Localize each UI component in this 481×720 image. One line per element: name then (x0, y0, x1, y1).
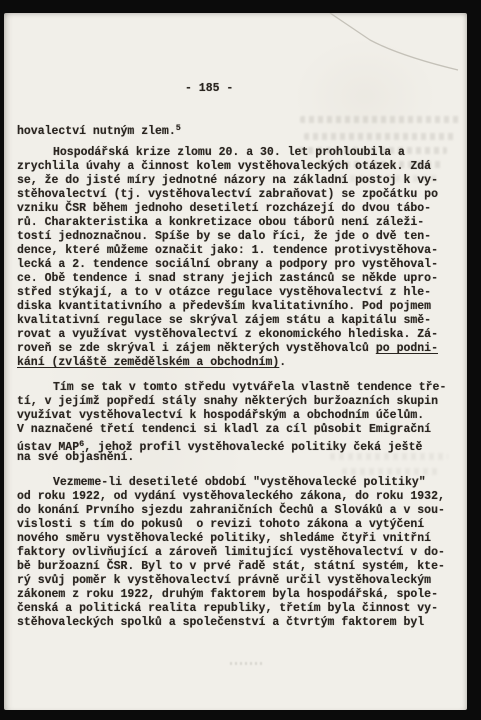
text-line: od roku 1922, od vydání vystěhovaleckého… (17, 490, 453, 504)
scanned-document: - 185 - hovalectví nutným zlem.5Hospodář… (0, 0, 481, 720)
text-line: kvalitativní regulace se skrýval zájem s… (17, 314, 453, 328)
ink-speck (230, 662, 264, 665)
text-line: Vezmeme-li desetileté období "vystěhoval… (17, 476, 453, 490)
document-page: - 185 - hovalectví nutným zlem.5Hospodář… (4, 13, 467, 710)
text-line: rý svůj poměr k vystěhovalectví právně u… (17, 574, 453, 588)
body-text: hovalectví nutným zlem.5Hospodářská kriz… (17, 121, 453, 630)
text-line: faktory ovlivňující a zároveň limitující… (17, 546, 453, 560)
text-line: zrychlila úvahy a činnost kolem vystěhov… (17, 160, 453, 174)
text-line: stěhovalectví (tj. vystěhovalectví zabra… (17, 188, 453, 202)
text-line: stěhovaleckých spolků a společenství a č… (17, 616, 453, 630)
footnote-reference: 5 (176, 123, 181, 133)
page-number: - 185 - (185, 82, 233, 95)
text-line: se, že do jisté míry jednotné názory na … (17, 174, 453, 188)
text-line: kání (zvláště zemědělském a obchodním). (17, 356, 453, 370)
text-line: tostí jednoznačnou. Spíše by se dalo říc… (17, 230, 453, 244)
text-line: Tím se tak v tomto středu vytvářela vlas… (17, 381, 453, 395)
text-line: Hospodářská krize zlomu 20. a 30. let pr… (17, 146, 453, 160)
text-line: rovat a využívat vystěhovalectví z ekono… (17, 328, 453, 342)
text-line: využívat vystěhovalectví k hospodářským … (17, 409, 453, 423)
text-line: zákonem z roku 1922, druhým faktorem byl… (17, 588, 453, 602)
text-line: čenská a politická realita republiky, tř… (17, 602, 453, 616)
text-line: nového směru vystěhovalecké politiky, sh… (17, 532, 453, 546)
text-line: hovalectví nutným zlem.5 (17, 121, 453, 135)
paragraph: Hospodářská krize zlomu 20. a 30. let pr… (17, 146, 453, 370)
text-line: dence, které můžeme označit jako: 1. ten… (17, 244, 453, 258)
text-line: bě buržoazní ČSR. Byl to v prvé řadě stá… (17, 560, 453, 574)
paper-crease-mark (4, 13, 467, 133)
text-line: ce. Obě tendence i snad strany jejich za… (17, 272, 453, 286)
text-line: do konání Prvního sjezdu zahraničních Če… (17, 504, 453, 518)
paragraph: Vezmeme-li desetileté období "vystěhoval… (17, 476, 453, 630)
text-line: V naznačené třetí tendenci si kladl za c… (17, 423, 453, 437)
text-line: diska kvantitativního a především kvalit… (17, 300, 453, 314)
paragraph: hovalectví nutným zlem.5 (17, 121, 453, 135)
text-line: vzniku ČSR během jednoho desetiletí rozc… (17, 202, 453, 216)
text-line: roveň se zde skrýval i zájem některých v… (17, 342, 453, 356)
text-line: tí, v jejímž popředí stály snahy některý… (17, 395, 453, 409)
text-line: lecká a 2. tendence sociální obrany a po… (17, 258, 453, 272)
text-line: ústav MAP6, jehož profil vystěhovalecké … (17, 437, 453, 451)
text-line: rů. Charakteristika a konkretizace obou … (17, 216, 453, 230)
paragraph: Tím se tak v tomto středu vytvářela vlas… (17, 381, 453, 465)
text-line: vislosti s tím do pokusů o revizi tohoto… (17, 518, 453, 532)
text-line: střed stýkají, a to v otázce regulace vy… (17, 286, 453, 300)
